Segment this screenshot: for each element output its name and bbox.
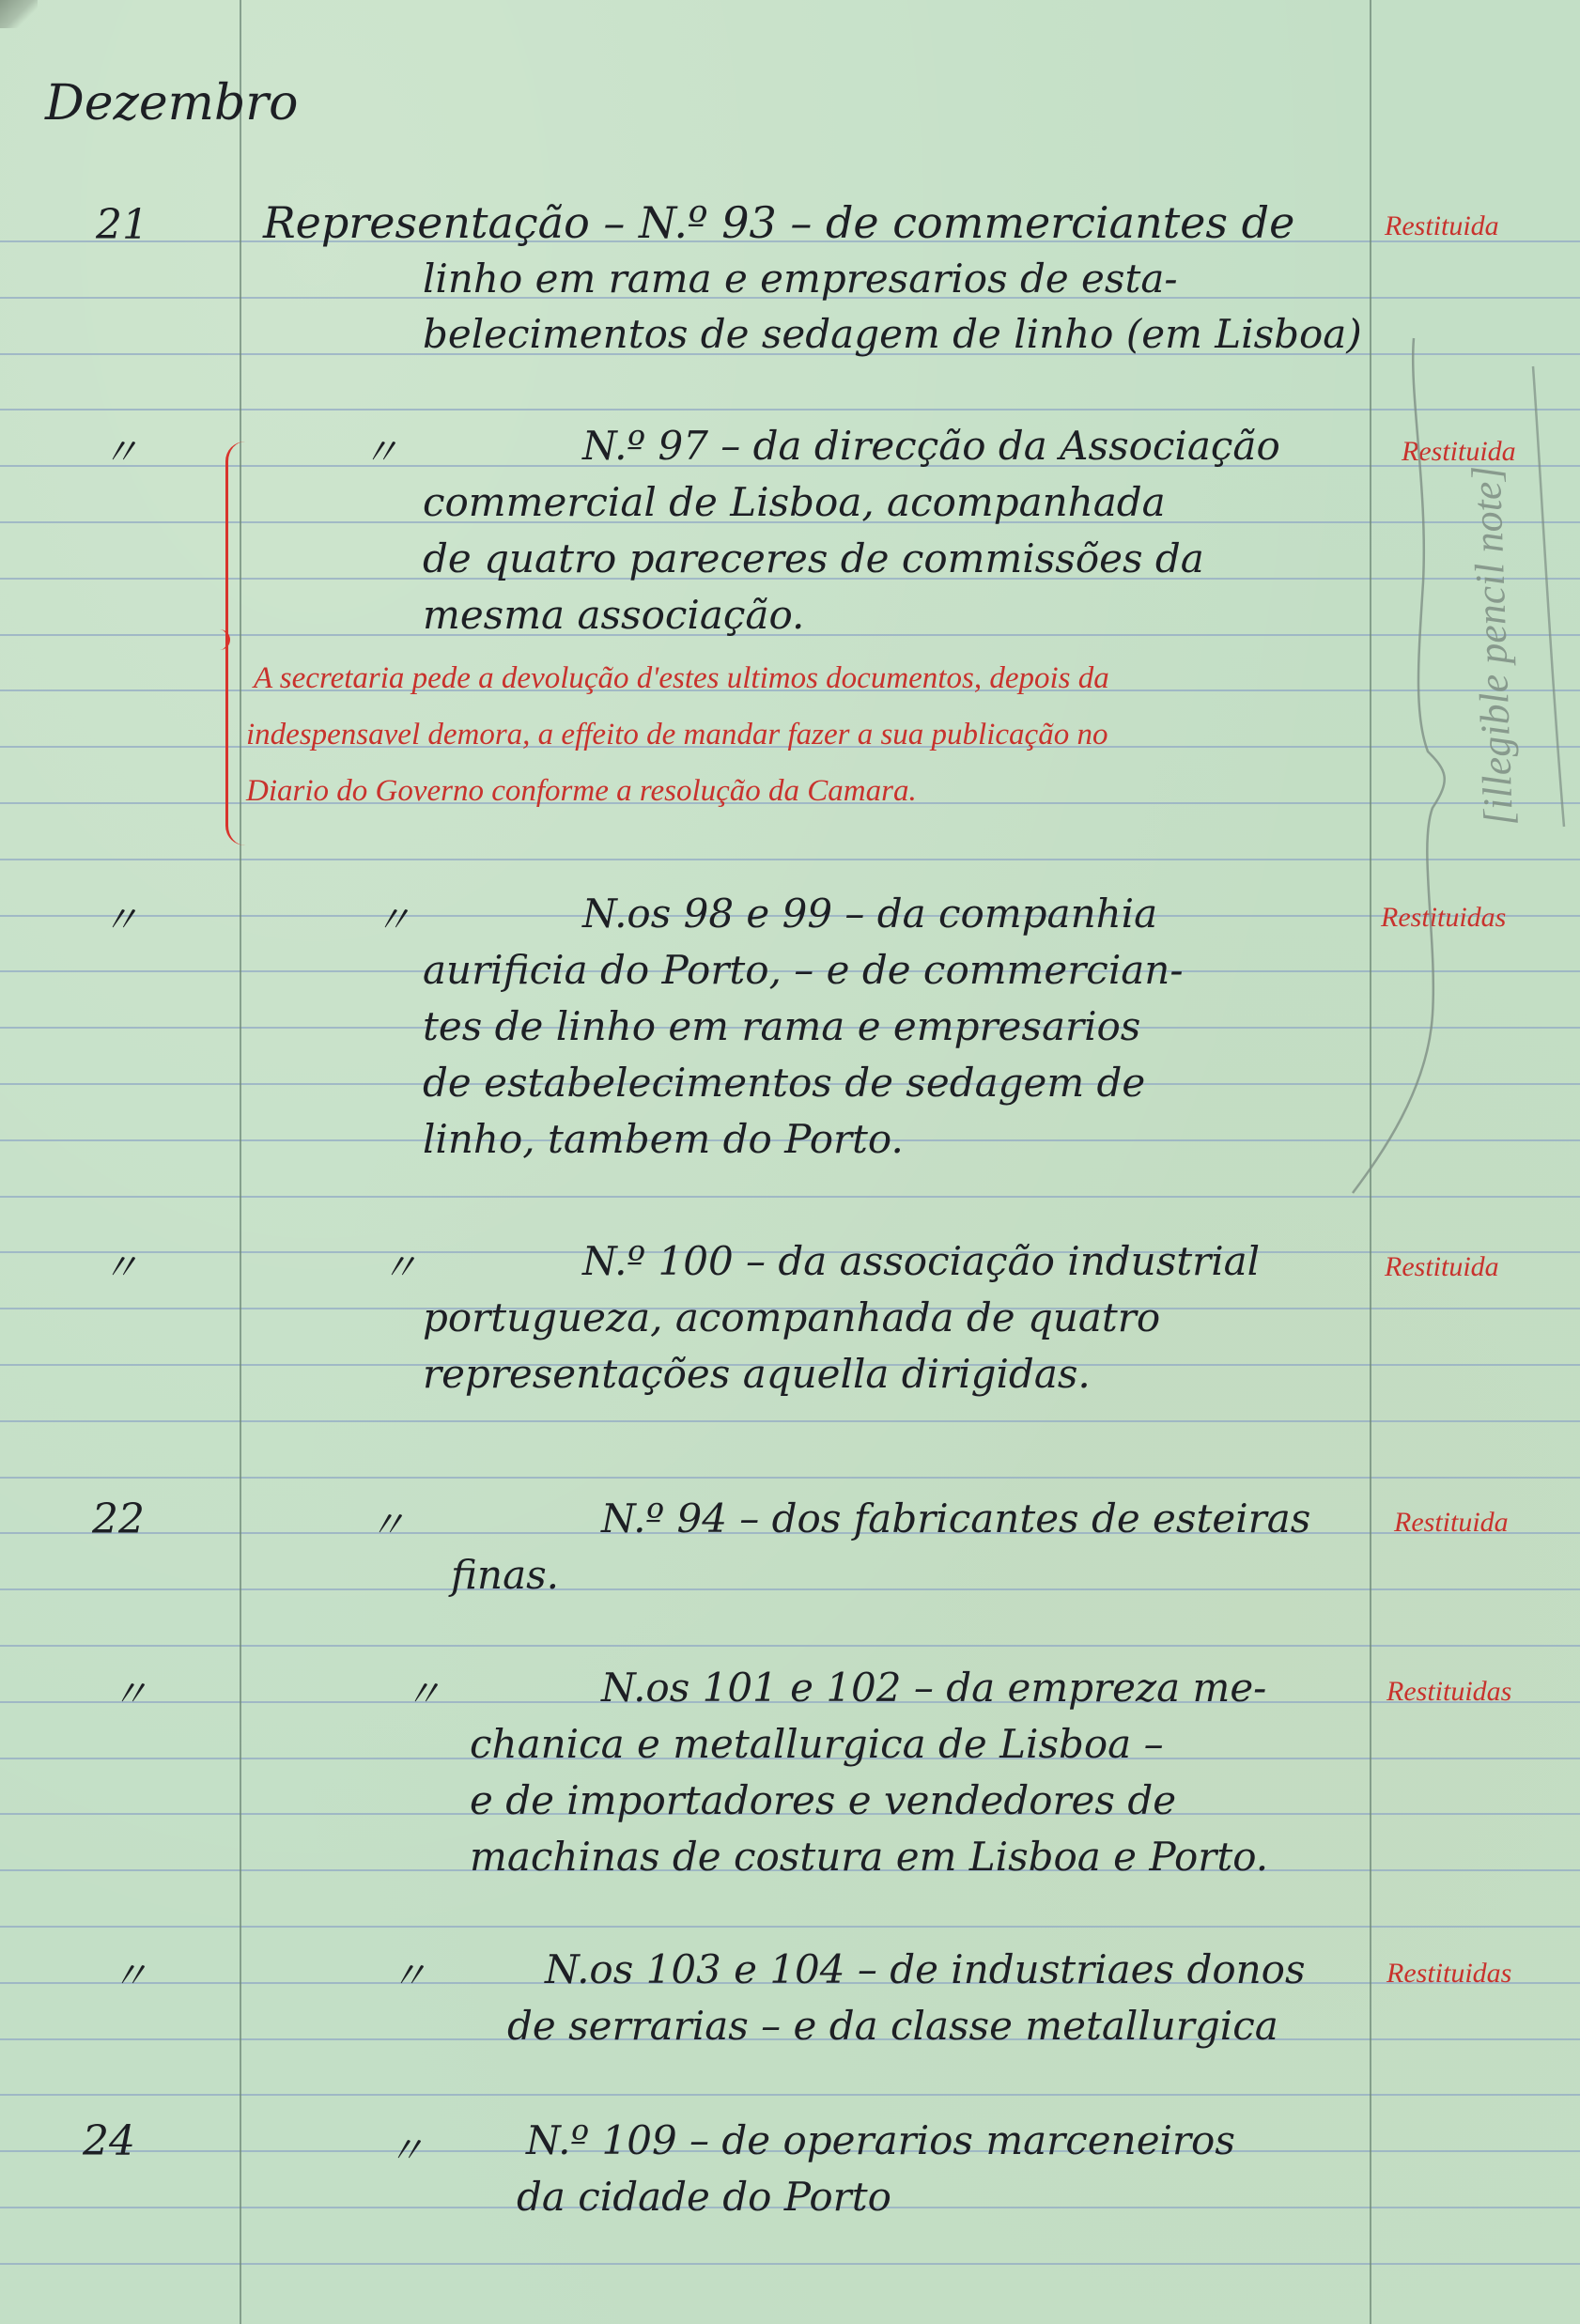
rule-line <box>0 409 1580 411</box>
secretaria-note-line: A secretaria pede a devolução d'estes ul… <box>254 663 1109 694</box>
entry-line: linho, tambem do Porto. <box>423 1120 904 1159</box>
ditto-mark-date: 〃 <box>111 1676 148 1713</box>
day-label: 21 <box>96 205 148 246</box>
ditto-mark-date: 〃 <box>111 1958 148 1995</box>
rule-line <box>0 1420 1580 1422</box>
entry-line: N.º 97 – da direcção da Associação <box>582 426 1280 466</box>
status-restituida: Restituida <box>1402 438 1516 466</box>
date-column-divider <box>240 0 241 2324</box>
ditto-mark: 〃 <box>390 1958 427 1995</box>
ditto-mark: 〃 <box>368 1507 406 1544</box>
ditto-mark: 〃 <box>404 1676 441 1713</box>
ditto-mark: 〃 <box>387 2132 425 2170</box>
rule-line <box>0 1645 1580 1647</box>
entry-line: linho em rama e empresarios de esta- <box>423 259 1178 299</box>
status-restituidas: Restituidas <box>1381 904 1506 932</box>
rule-line <box>0 1477 1580 1479</box>
entry-line: de estabelecimentos de sedagem de <box>423 1063 1145 1103</box>
status-column-divider <box>1370 0 1371 2324</box>
rule-line <box>0 1926 1580 1928</box>
entry-line: de serrarias – e da classe metallurgica <box>507 2006 1278 2046</box>
entry-line: e de importadores e vendedores de <box>470 1781 1176 1820</box>
entry-line: da cidade do Porto <box>517 2177 891 2217</box>
status-restituida: Restituida <box>1385 212 1499 240</box>
ditto-mark-date: 〃 <box>101 1249 139 1287</box>
entry-line: N.os 98 e 99 – da companhia <box>582 894 1157 934</box>
entry-line: mesma associação. <box>423 596 804 635</box>
ditto-mark: 〃 <box>380 1249 418 1287</box>
entry-line: machinas de costura em Lisboa e Porto. <box>470 1837 1268 1877</box>
entry-line: tes de linho em rama e empresarios <box>423 1007 1140 1046</box>
ditto-mark: 〃 <box>374 902 411 939</box>
entry-line: N.os 101 e 102 – da empreza me- <box>601 1668 1266 1708</box>
entry-line: de quatro pareceres de commissões da <box>423 539 1204 579</box>
entry-line: belecimentos de sedagem de linho (em Lis… <box>423 315 1362 354</box>
secretaria-note-line: Diario do Governo conforme a resolução d… <box>246 776 917 807</box>
page-corner-shadow <box>0 0 38 28</box>
entry-line: N.º 94 – dos fabricantes de esteiras <box>601 1499 1310 1539</box>
rule-line <box>0 2263 1580 2265</box>
status-restituidas: Restituidas <box>1386 1960 1511 1988</box>
status-restituidas: Restituidas <box>1386 1678 1511 1706</box>
rule-line <box>0 1588 1580 1590</box>
month-heading: Dezembro <box>45 79 298 128</box>
entry-line: aurificia do Porto, – e de commercian- <box>423 951 1184 990</box>
ditto-mark-date: 〃 <box>101 434 139 472</box>
entry-line: representações aquella dirigidas. <box>423 1355 1091 1394</box>
rule-line <box>0 859 1580 860</box>
day-label: 22 <box>92 1499 145 1541</box>
status-restituida: Restituida <box>1394 1509 1509 1537</box>
ditto-mark: 〃 <box>362 434 399 472</box>
entry-line: commercial de Lisboa, acompanhada <box>423 483 1166 522</box>
day-label: 24 <box>83 2121 135 2162</box>
secretaria-note-line: indespensavel demora, a effeito de manda… <box>246 720 1108 751</box>
entry-line: N.º 100 – da associação industrial <box>582 1242 1260 1281</box>
ditto-mark-date: 〃 <box>101 902 139 939</box>
entry-line: chanica e metallurgica de Lisboa – <box>470 1725 1164 1764</box>
entry-line: portugueza, acompanhada de quatro <box>423 1298 1160 1338</box>
status-restituida: Restituida <box>1385 1253 1499 1281</box>
entry-line: N.º 109 – de operarios marceneiros <box>526 2121 1235 2161</box>
entry-line: Representação – N.º 93 – de commerciante… <box>263 201 1294 244</box>
rule-line <box>0 2094 1580 2096</box>
entry-line: finas. <box>451 1556 559 1595</box>
rule-line <box>0 1196 1580 1198</box>
entry-line: N.os 103 e 104 – de industriaes donos <box>545 1950 1306 1990</box>
pencil-annotation: [illegible pencil note] <box>1463 465 1523 827</box>
